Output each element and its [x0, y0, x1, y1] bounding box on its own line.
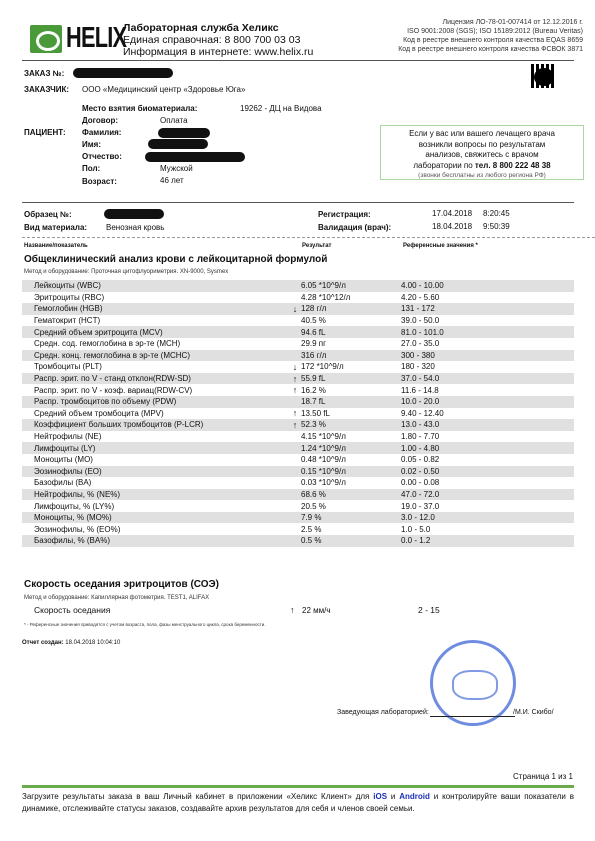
column-header-name: Название/показатель	[24, 243, 88, 249]
test-name: Коэффициент больших тромбоцитов (P-LCR)	[22, 419, 289, 431]
redaction	[104, 209, 164, 219]
test-result: 128 г/л	[301, 303, 401, 315]
table-row: Нейтрофилы (NE)4.15 *10^9/л1.80 - 7.70	[22, 431, 574, 443]
lab-site: Информация в интернете: www.helix.ru	[123, 46, 313, 58]
test-name: Эозинофилы, % (EO%)	[22, 523, 289, 535]
registration-date: 17.04.2018	[432, 209, 472, 218]
patient-label: ПАЦИЕНТ:	[24, 128, 66, 137]
lab-phone: Единая справочная: 8 800 700 03 03	[123, 34, 313, 46]
table-row: Средн. сод. гемоглобина в эр-те (MCH)29.…	[22, 338, 574, 350]
callout-text: анализов, свяжитесь с врачом	[381, 150, 583, 161]
table-row: Лейкоциты (WBC)6.05 *10^9/л4.00 - 10.00	[22, 280, 574, 292]
report-value: 18.04.2018 10:04:10	[65, 640, 120, 646]
table-row: Базофилы, % (BA%)0.5 %0.0 - 1.2	[22, 535, 574, 547]
test-ref: 1.0 - 5.0	[401, 523, 574, 535]
test-ref: 1.00 - 4.80	[401, 442, 574, 454]
helix-swirl-icon	[30, 25, 62, 53]
patronymic-label: Отчество:	[82, 152, 122, 161]
table-row: Распр. тромбоцитов по объему (PDW)18.7 f…	[22, 396, 574, 408]
validation-time: 9:50:39	[483, 222, 510, 231]
test-name: Лимфоциты (LY)	[22, 442, 289, 454]
test-result: 0.15 *10^9/л	[301, 466, 401, 478]
table-row: Гематокрит (HCT)40.5 %39.0 - 50.0	[22, 315, 574, 327]
test-result: 6.05 *10^9/л	[301, 280, 401, 292]
table-row: Моноциты (MO)0.48 *10^9/л0.05 - 0.82	[22, 454, 574, 466]
flag-up-icon: ↑	[289, 373, 301, 385]
age-value: 46 лет	[160, 176, 184, 185]
test-name: Средний объем тромбоцита (MPV)	[22, 408, 289, 420]
cbc-title: Общеклинический анализ крови с лейкоцита…	[24, 254, 327, 265]
material-label: Вид материала:	[24, 223, 87, 232]
signature-name: /М.И. Скибо/	[513, 709, 554, 716]
test-ref: 0.00 - 0.08	[401, 477, 574, 489]
contact-callout: Если у вас или вашего лечащего врача воз…	[380, 125, 584, 180]
contract-label: Договор:	[82, 116, 118, 125]
test-ref: 4.00 - 10.00	[401, 280, 574, 292]
flag-cell	[289, 512, 301, 524]
license-info: Лицензия ЛО-78-01-007414 от 12.12.2016 г…	[398, 18, 583, 54]
sample-label: Образец №:	[24, 210, 72, 219]
logo-text: HELIX	[66, 22, 126, 55]
flag-cell	[289, 477, 301, 489]
test-ref: 27.0 - 35.0	[401, 338, 574, 350]
test-ref: 9.40 - 12.40	[401, 408, 574, 420]
flag-cell	[289, 326, 301, 338]
table-row: Коэффициент больших тромбоцитов (P-LCR)↑…	[22, 419, 574, 431]
test-ref: 180 - 320	[401, 361, 574, 373]
test-name: Эозинофилы (EO)	[22, 466, 289, 478]
license-line: Код в реестре внешнего контроля качества…	[398, 45, 583, 54]
flag-cell	[289, 396, 301, 408]
table-row: Средний объем тромбоцита (MPV)↑13.50 fL9…	[22, 408, 574, 420]
test-result: 316 г/л	[301, 350, 401, 362]
test-result: 94.6 fL	[301, 326, 401, 338]
test-result: 0.03 *10^9/л	[301, 477, 401, 489]
flag-cell	[289, 489, 301, 501]
sex-value: Мужской	[160, 164, 193, 173]
test-name: Распр. эрит. по V - коэф. вариац(RDW-CV)	[22, 384, 289, 396]
test-result: 29.9 пг	[301, 338, 401, 350]
footer-divider	[22, 785, 574, 788]
test-result: 172 *10^9/л	[301, 361, 401, 373]
table-row: Распр. эрит. по V - станд отклон(RDW-SD)…	[22, 373, 574, 385]
test-ref: 10.0 - 20.0	[401, 396, 574, 408]
callout-note: (звонки бесплатны из любого региона РФ)	[381, 171, 583, 182]
test-result: 1.24 *10^9/л	[301, 442, 401, 454]
table-row: Распр. эрит. по V - коэф. вариац(RDW-CV)…	[22, 384, 574, 396]
test-result: 0.5 %	[301, 535, 401, 547]
test-name: Моноциты, % (MO%)	[22, 512, 289, 524]
test-result: 2.5 %	[301, 523, 401, 535]
test-name: Нейтрофилы (NE)	[22, 431, 289, 443]
test-name: Средн. конц. гемоглобина в эр-те (MCHC)	[22, 350, 289, 362]
flag-up-icon: ↑	[289, 384, 301, 396]
customer-label: ЗАКАЗЧИК:	[24, 85, 69, 94]
flag-up-icon: ↑	[290, 605, 295, 615]
test-name: Моноциты (MO)	[22, 454, 289, 466]
footnote: * - Референсные значения приводятся с уч…	[24, 622, 266, 627]
table-row: Лимфоциты, % (LY%)20.5 %19.0 - 37.0	[22, 500, 574, 512]
test-ref: 0.0 - 1.2	[401, 535, 574, 547]
license-line: Лицензия ЛО-78-01-007414 от 12.12.2016 г…	[398, 18, 583, 27]
ios-link[interactable]: iOS	[373, 792, 387, 801]
test-name: Гемоглобин (HGB)	[22, 303, 289, 315]
validation-date: 18.04.2018	[432, 222, 472, 231]
test-name: Базофилы, % (BA%)	[22, 535, 289, 547]
test-name: Лимфоциты, % (LY%)	[22, 500, 289, 512]
registration-label: Регистрация:	[318, 210, 371, 219]
flag-cell	[289, 350, 301, 362]
test-result: 7.9 %	[301, 512, 401, 524]
test-ref: 3.0 - 12.0	[401, 512, 574, 524]
lab-info: Лабораторная служба Хеликс Единая справо…	[123, 22, 313, 58]
test-ref: 4.20 - 5.60	[401, 292, 574, 304]
callout-text: возникли вопросы по результатам	[381, 140, 583, 151]
table-row: Средн. конц. гемоглобина в эр-те (MCHC)3…	[22, 350, 574, 362]
name-label: Имя:	[82, 140, 101, 149]
lab-stamp-inner	[452, 670, 498, 700]
site-value: 19262 - ДЦ на Видова	[240, 104, 322, 113]
divider	[22, 202, 574, 203]
test-name: Средн. сод. гемоглобина в эр-те (MCH)	[22, 338, 289, 350]
redaction	[145, 152, 245, 162]
flag-cell	[289, 466, 301, 478]
test-name: Средний объем эритроцита (MCV)	[22, 326, 289, 338]
column-header-result: Результат	[302, 243, 331, 249]
test-ref: 1.80 - 7.70	[401, 431, 574, 443]
cbc-results-table: Лейкоциты (WBC)6.05 *10^9/л4.00 - 10.00Э…	[22, 280, 574, 547]
flag-cell	[289, 431, 301, 443]
flag-down-icon: ↓	[289, 303, 301, 315]
redaction	[73, 68, 173, 78]
callout-text: Если у вас или вашего лечащего врача	[381, 129, 583, 140]
flag-up-icon: ↑	[289, 408, 301, 420]
redaction	[534, 68, 554, 86]
test-ref: 39.0 - 50.0	[401, 315, 574, 327]
test-ref: 300 - 380	[401, 350, 574, 362]
test-name: Базофилы (BA)	[22, 477, 289, 489]
flag-down-icon: ↓	[289, 361, 301, 373]
table-row: Гемоглобин (HGB)↓128 г/л131 - 172	[22, 303, 574, 315]
footer-text-part: и	[387, 792, 399, 801]
test-ref: 19.0 - 37.0	[401, 500, 574, 512]
test-result: 40.5 %	[301, 315, 401, 327]
site-label: Место взятия биоматериала:	[82, 104, 197, 113]
flag-cell	[289, 280, 301, 292]
callout-phone: тел. 8 800 222 48 38	[475, 161, 551, 170]
callout-text: лаборатории по	[413, 161, 475, 170]
test-ref: 131 - 172	[401, 303, 574, 315]
esr-method: Метод и оборудование: Капиллярная фотоме…	[24, 595, 209, 601]
flag-cell	[289, 500, 301, 512]
test-name: Распр. эрит. по V - станд отклон(RDW-SD)	[22, 373, 289, 385]
flag-cell	[289, 523, 301, 535]
test-name: Эритроциты (RBC)	[22, 292, 289, 304]
android-link[interactable]: Android	[399, 792, 430, 801]
table-row: Моноциты, % (MO%)7.9 %3.0 - 12.0	[22, 512, 574, 524]
footer-text: Загрузите результаты заказа в ваш Личный…	[22, 791, 574, 814]
test-ref: 0.05 - 0.82	[401, 454, 574, 466]
sex-label: Пол:	[82, 164, 100, 173]
table-row: Нейтрофилы, % (NE%)68.6 %47.0 - 72.0	[22, 489, 574, 501]
table-row: Эозинофилы (EO)0.15 *10^9/л0.02 - 0.50	[22, 466, 574, 478]
flag-cell	[289, 454, 301, 466]
test-result: 68.6 %	[301, 489, 401, 501]
material-value: Венозная кровь	[106, 223, 164, 232]
test-result: 4.28 *10^12/л	[301, 292, 401, 304]
license-line: Код в реестре внешнего контроля качества…	[398, 36, 583, 45]
test-ref: 47.0 - 72.0	[401, 489, 574, 501]
cbc-method: Метод и оборудование: Проточная цитофлуо…	[24, 269, 228, 275]
customer-value: ООО «Медицинский центр «Здоровье Юга»	[82, 85, 245, 94]
flag-cell	[289, 442, 301, 454]
flag-cell	[289, 292, 301, 304]
test-name: Тромбоциты (PLT)	[22, 361, 289, 373]
test-ref: 13.0 - 43.0	[401, 419, 574, 431]
test-result: 16.2 %	[301, 384, 401, 396]
esr-ref: 2 - 15	[418, 605, 440, 615]
contract-value: Оплата	[160, 116, 188, 125]
test-ref: 11.6 - 14.8	[401, 384, 574, 396]
test-name: Гематокрит (HCT)	[22, 315, 289, 327]
page-number: Страница 1 из 1	[513, 772, 573, 781]
test-name: Лейкоциты (WBC)	[22, 280, 289, 292]
redaction	[148, 139, 208, 149]
surname-label: Фамилия:	[82, 128, 121, 137]
order-label: ЗАКАЗ №:	[24, 69, 64, 78]
divider	[22, 237, 595, 238]
test-ref: 81.0 - 101.0	[401, 326, 574, 338]
test-result: 20.5 %	[301, 500, 401, 512]
test-name: Распр. тромбоцитов по объему (PDW)	[22, 396, 289, 408]
signature-label: Заведующая лабораторией:	[337, 709, 429, 716]
footer-text-part: Загрузите результаты заказа в ваш Личный…	[22, 792, 373, 801]
column-header-ref: Референсные значения *	[403, 243, 478, 249]
test-result: 55.9 fL	[301, 373, 401, 385]
test-result: 0.48 *10^9/л	[301, 454, 401, 466]
redaction	[158, 128, 210, 138]
table-row: Тромбоциты (PLT)↓172 *10^9/л180 - 320	[22, 361, 574, 373]
test-result: 13.50 fL	[301, 408, 401, 420]
table-row: Базофилы (BA)0.03 *10^9/л0.00 - 0.08	[22, 477, 574, 489]
test-result: 52.3 %	[301, 419, 401, 431]
lab-name: Лабораторная служба Хеликс	[123, 22, 313, 34]
table-row: Эозинофилы, % (EO%)2.5 %1.0 - 5.0	[22, 523, 574, 535]
report-label: Отчет создан:	[22, 640, 64, 646]
esr-title: Скорость оседания эритроцитов (СОЭ)	[24, 579, 219, 590]
flag-cell	[289, 338, 301, 350]
flag-up-icon: ↑	[289, 419, 301, 431]
flag-cell	[289, 315, 301, 327]
test-ref: 0.02 - 0.50	[401, 466, 574, 478]
validation-label: Валидация (врач):	[318, 223, 391, 232]
age-label: Возраст:	[82, 177, 117, 186]
table-row: Лимфоциты (LY)1.24 *10^9/л1.00 - 4.80	[22, 442, 574, 454]
test-name: Нейтрофилы, % (NE%)	[22, 489, 289, 501]
license-line: ISO 9001:2008 (SGS); ISO 15189:2012 (Bur…	[398, 27, 583, 36]
registration-time: 8:20:45	[483, 209, 510, 218]
esr-name: Скорость оседания	[34, 605, 110, 615]
table-row: Средний объем эритроцита (MCV)94.6 fL81.…	[22, 326, 574, 338]
table-row: Эритроциты (RBC)4.28 *10^12/л4.20 - 5.60	[22, 292, 574, 304]
divider	[22, 60, 574, 61]
signature-line	[430, 716, 515, 717]
esr-result: 22 мм/ч	[302, 606, 331, 615]
test-result: 4.15 *10^9/л	[301, 431, 401, 443]
flag-cell	[289, 535, 301, 547]
test-ref: 37.0 - 54.0	[401, 373, 574, 385]
test-result: 18.7 fL	[301, 396, 401, 408]
